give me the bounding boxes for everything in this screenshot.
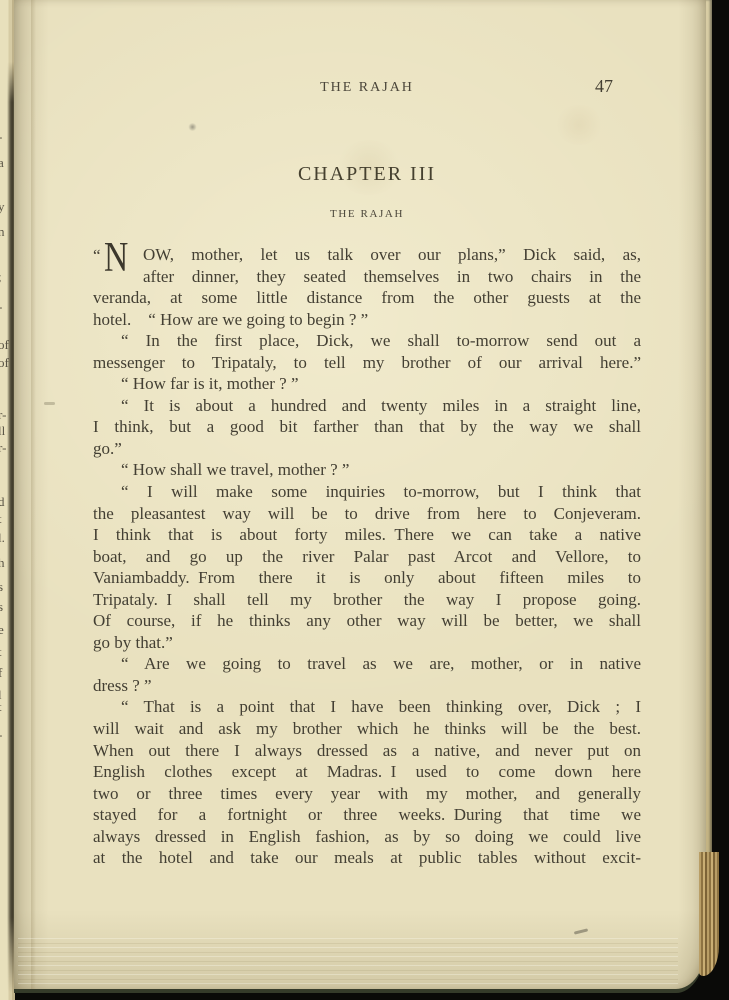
chapter-heading: CHAPTER III: [93, 163, 641, 186]
paper-speck: [188, 123, 197, 131]
text-line: two or three times every year with my mo…: [93, 783, 641, 805]
text-line: after dinner, they seated themselves in …: [93, 266, 641, 288]
text-line: Tripataly. I shall tell my brother the w…: [93, 589, 641, 611]
text-line: When out there I always dressed as a nat…: [93, 740, 641, 762]
text-line: hotel. “ How are we going to begin ? ”: [93, 309, 641, 331]
text-line: “ That is a point that I have been think…: [93, 696, 641, 718]
paper-speck: [44, 402, 55, 405]
paper-stain: [554, 105, 604, 145]
text-line: go.”: [93, 438, 641, 460]
text-line: I think that is about forty miles. There…: [93, 524, 641, 546]
drop-cap-letter: N: [104, 237, 128, 279]
text-line: the pleasantest way will be to drive fro…: [93, 503, 641, 525]
paragraph: “ It is about a hundred and twenty miles…: [93, 395, 641, 460]
text-line: Of course, if he thinks any other way wi…: [93, 610, 641, 632]
page-bottom-edges: [18, 938, 678, 985]
paragraph: “ In the first place, Dick, we shall to-…: [93, 330, 641, 373]
text-line: OW, mother, let us talk over our plans,”…: [93, 244, 641, 266]
text-line: “ I will make some inquiries to-morrow, …: [93, 481, 641, 503]
paper-speck: [574, 928, 588, 934]
running-head: THE RAJAH: [93, 80, 641, 96]
text-line: “ How far is it, mother ? ”: [93, 373, 641, 395]
text-line: always dressed in English fashion, as by…: [93, 826, 641, 848]
text-line: “ In the first place, Dick, we shall to-…: [93, 330, 641, 352]
text-line: I think, but a good bit farther than tha…: [93, 416, 641, 438]
paragraph: “ How far is it, mother ? ”: [93, 373, 641, 395]
text-line: “ How shall we travel, mother ? ”: [93, 459, 641, 481]
text-line: messenger to Tripataly, to tell my broth…: [93, 352, 641, 374]
paragraph: “ Are we going to travel as we are, moth…: [93, 653, 641, 696]
text-line: English clothes except at Madras. I used…: [93, 761, 641, 783]
text-line: will wait and ask my brother which he th…: [93, 718, 641, 740]
text-block: “NOW, mother, let us talk over our plans…: [93, 244, 641, 869]
under-page-edge: [31, 0, 36, 989]
text-line: go by that.”: [93, 632, 641, 654]
chapter-subtitle: THE RAJAH: [93, 208, 641, 220]
page-fore-edge-stack: [699, 852, 719, 976]
text-line: stayed for a fortnight or three weeks. D…: [93, 804, 641, 826]
paragraph: “ That is a point that I have been think…: [93, 696, 641, 868]
text-line: at the hotel and take our meals at publi…: [93, 847, 641, 869]
paragraph: “NOW, mother, let us talk over our plans…: [93, 244, 641, 330]
open-quote: “: [93, 245, 101, 267]
text-line: dress ? ”: [93, 675, 641, 697]
paragraph: “ I will make some inquiries to-morrow, …: [93, 481, 641, 653]
text-line: boat, and go up the river Palar past Arc…: [93, 546, 641, 568]
text-line: Vaniambaddy. From there it is only about…: [93, 567, 641, 589]
page-fore-edge-line: [706, 0, 712, 872]
text-line: “ Are we going to travel as we are, moth…: [93, 653, 641, 675]
drop-cap: “N: [93, 244, 143, 287]
text-line: “ It is about a hundred and twenty miles…: [93, 395, 641, 417]
book-page: THE RAJAH 47 CHAPTER III THE RAJAH “NOW,…: [14, 0, 706, 993]
paragraph: “ How shall we travel, mother ? ”: [93, 459, 641, 481]
text-line: veranda, at some little distance from th…: [93, 287, 641, 309]
page-number: 47: [574, 76, 634, 97]
